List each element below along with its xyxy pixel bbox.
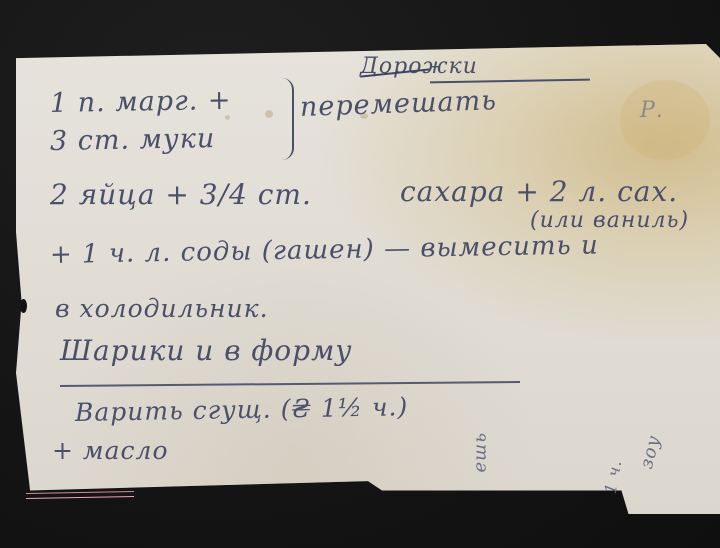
- recipe-line-sugar: сахара + 2 л. сах.: [400, 175, 678, 208]
- recipe-line-vanilla: (или ваниль): [530, 208, 689, 233]
- grouping-bracket: [282, 78, 294, 160]
- paper-stain: [620, 80, 710, 160]
- recipe-line-flour: 3 ст. муки: [50, 123, 216, 157]
- recipe-line-butter: + масло: [52, 436, 169, 465]
- recipe-line-condensed-milk: Варить сгущ. (₴ 1½ ч.): [75, 392, 409, 427]
- paper-stain: [265, 110, 273, 118]
- recipe-line-balls: Шарики и в форму: [60, 334, 353, 367]
- margin-mark-right: Р.: [640, 98, 664, 123]
- recipe-line-eggs: 2 яйца + 3/4 ст.: [50, 178, 312, 211]
- recipe-line-margarine: 1 п. марг. +: [50, 85, 232, 119]
- punch-hole: [20, 299, 27, 313]
- recipe-line-fridge: в холодильник.: [55, 294, 269, 323]
- margin-vertical-text-1: ешь: [470, 432, 491, 473]
